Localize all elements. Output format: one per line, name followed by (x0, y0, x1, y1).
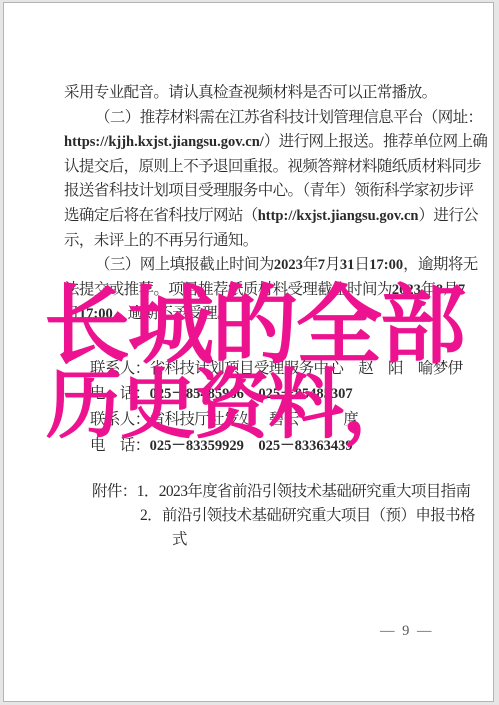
pink-title-overlay: 长城的全部 历史资料， (0, 0, 499, 705)
overlay-title-line-2: 历史资料， (46, 367, 416, 443)
scanned-document-page: { "overlay": { "color": "#ed1390", "line… (0, 0, 499, 705)
overlay-title-line-1: 长城的全部 (44, 283, 464, 369)
